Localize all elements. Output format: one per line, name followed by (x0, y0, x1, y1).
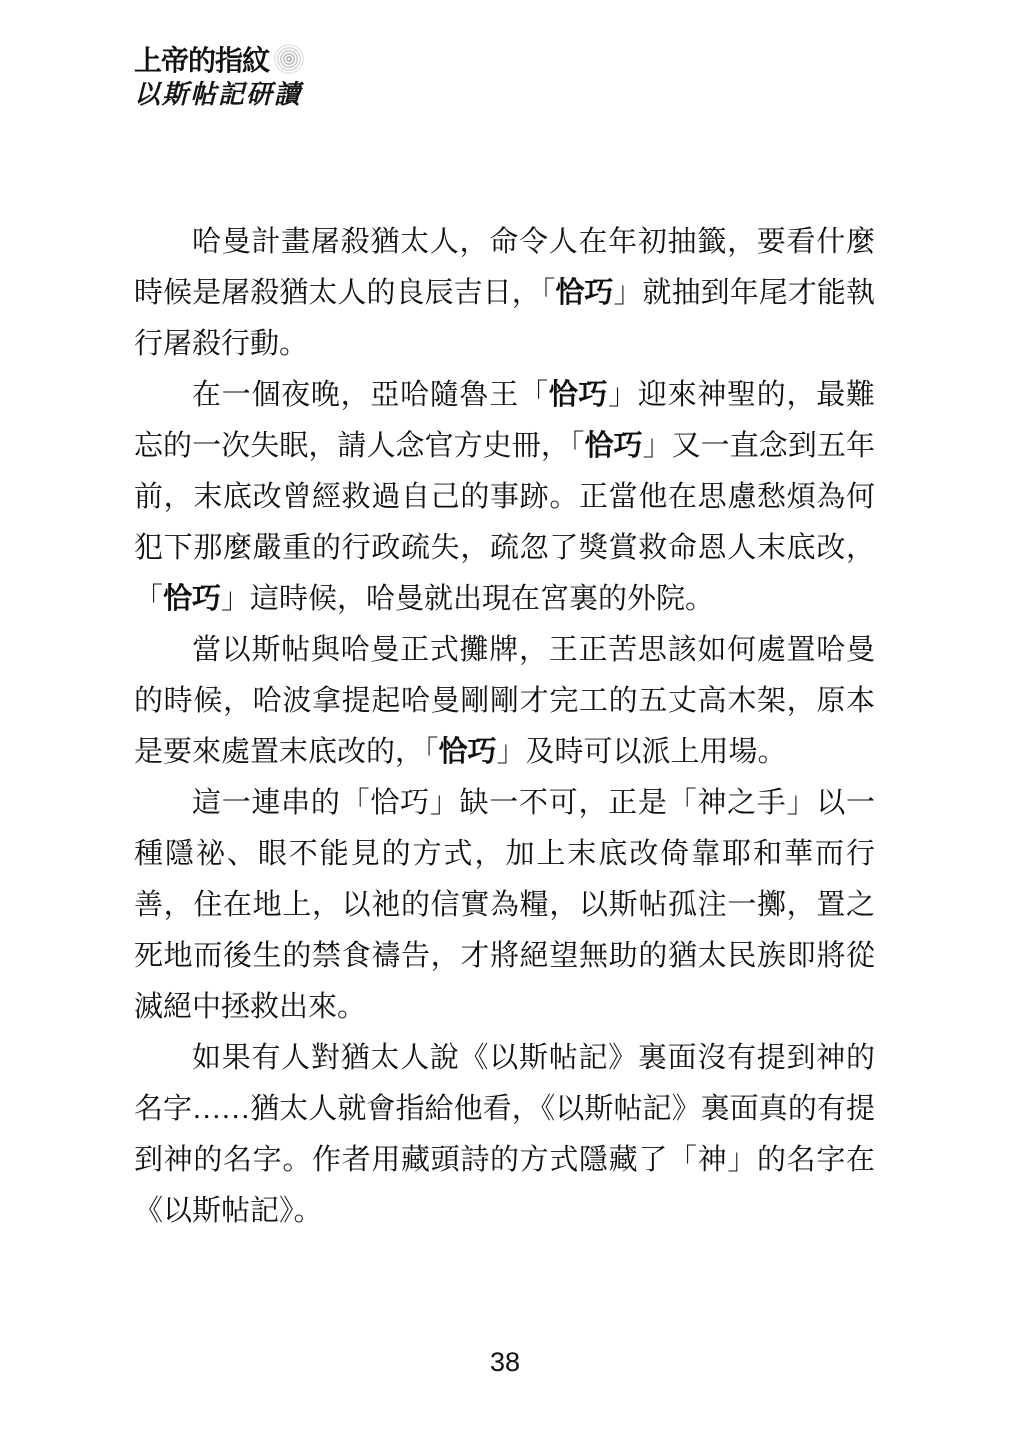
fingerprint-icon (272, 40, 306, 78)
emphasis-segment: 恰巧 (584, 430, 642, 462)
text-segment: 如果有人對猶太人說《以斯帖記》裏面沒有提到神的名字……猶太人就會指給他看，《以斯… (134, 1042, 875, 1227)
logo-row: 上帝的指紋 (134, 44, 306, 78)
page-header: 上帝的指紋 以斯帖記研讀 (134, 44, 306, 110)
text-segment: 」及時可以派上用場。 (497, 736, 787, 768)
emphasis-segment: 恰巧 (163, 583, 221, 615)
logo-subtitle: 以斯帖記研讀 (134, 80, 306, 110)
text-segment: 在一個夜晚，亞哈隨魯王「 (192, 379, 549, 411)
emphasis-segment: 恰巧 (439, 736, 497, 768)
emphasis-segment: 恰巧 (549, 379, 608, 411)
page-body: 哈曼計畫屠殺猶太人，命令人在年初抽籤，要看什麼時候是屠殺猶太人的良辰吉日，「恰巧… (134, 217, 875, 1237)
text-segment: 這一連串的「恰巧」缺一不可，正是「神之手」以一種隱祕、眼不能見的方式，加上末底改… (134, 787, 875, 1023)
book-page: 上帝的指紋 以斯帖記研讀 哈曼計畫屠殺猶太人，命令人在年初抽籤，要看什麼時候是屠… (0, 0, 1024, 1453)
page-number: 38 (0, 1347, 1010, 1378)
paragraph: 當以斯帖與哈曼正式攤牌，王正苦思該如何處置哈曼的時候，哈波拿提起哈曼剛剛才完工的… (134, 625, 875, 778)
paragraph: 哈曼計畫屠殺猶太人，命令人在年初抽籤，要看什麼時候是屠殺猶太人的良辰吉日，「恰巧… (134, 217, 875, 370)
text-segment: 」這時候，哈曼就出現在宮裏的外院。 (221, 583, 714, 615)
paragraph: 在一個夜晚，亞哈隨魯王「恰巧」迎來神聖的，最難忘的一次失眠，請人念官方史冊，「恰… (134, 370, 875, 625)
paragraph: 這一連串的「恰巧」缺一不可，正是「神之手」以一種隱祕、眼不能見的方式，加上末底改… (134, 778, 875, 1033)
logo-title: 上帝的指紋 (134, 44, 269, 78)
emphasis-segment: 恰巧 (555, 277, 613, 309)
paragraph: 如果有人對猶太人說《以斯帖記》裏面沒有提到神的名字……猶太人就會指給他看，《以斯… (134, 1033, 875, 1237)
